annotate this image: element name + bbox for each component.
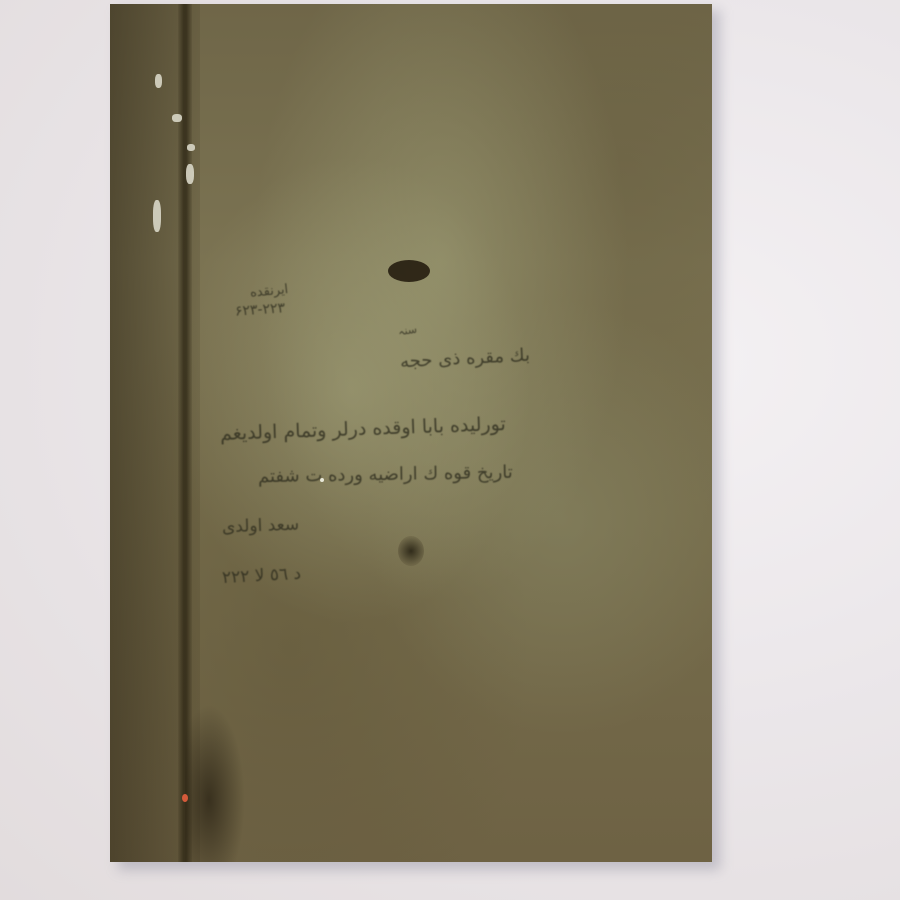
ink-blot — [388, 260, 430, 282]
manuscript-page: ایرنقده ۳۲۲-۳۲۶ سنہ بك مقره ذی حجه تورلی… — [110, 4, 712, 862]
hole-stain — [398, 536, 424, 566]
body-line-2: تاریخ قوه ك اراضیه ورده ت شفتم — [258, 462, 513, 487]
paper-damage — [187, 144, 195, 151]
signature-line: سعد اولدی — [222, 515, 300, 538]
date-line: د ٦٥ لا ٢٢٢ — [222, 564, 302, 588]
annotation-line: ایرنقده — [249, 282, 289, 301]
paper-damage — [153, 200, 161, 232]
paper-damage — [155, 74, 162, 88]
annotation-number: ۳۲۲-۳۲۶ — [235, 300, 286, 319]
body-line-1: تورلیده بابا اوقده درلر وتمام اولدیغم — [220, 413, 506, 445]
heading-line: بك مقره ذی حجه — [400, 345, 531, 373]
paper-damage — [186, 164, 194, 184]
paper-damage — [172, 114, 182, 122]
red-mark — [182, 794, 188, 802]
fold-stain — [185, 704, 245, 862]
annotation-small: سنہ — [397, 323, 418, 339]
